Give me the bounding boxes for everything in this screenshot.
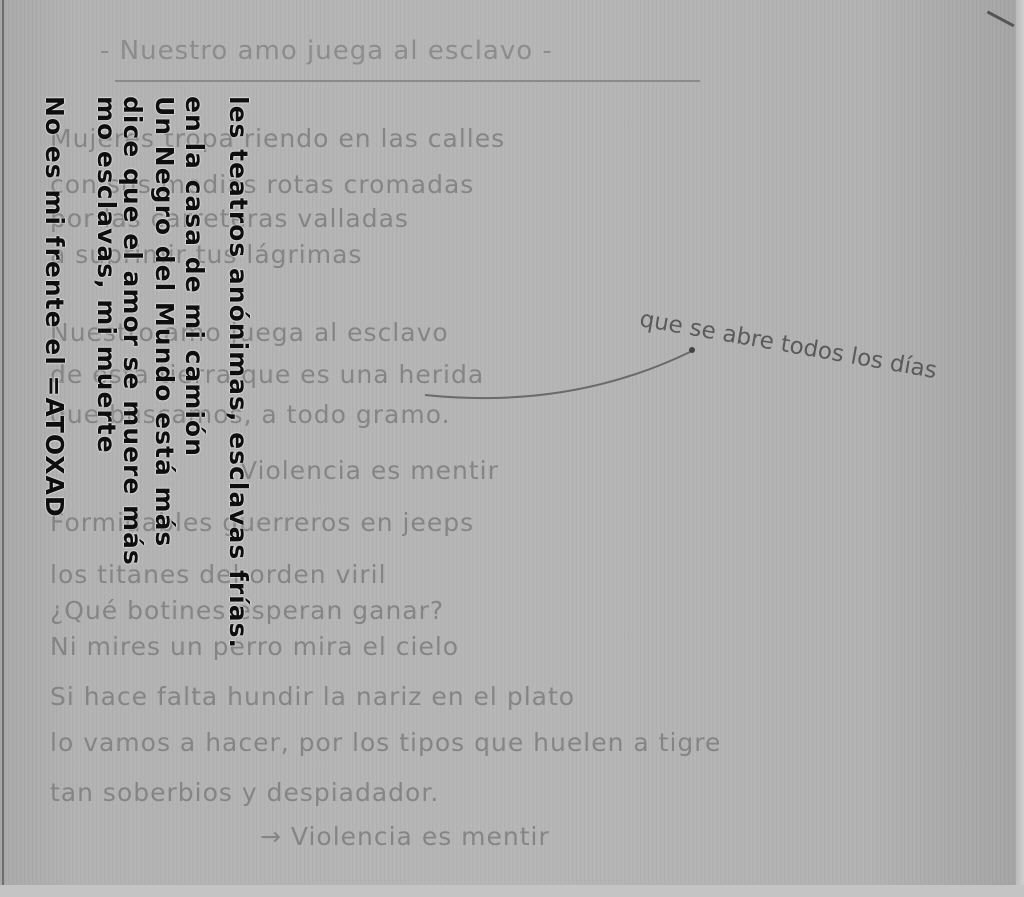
poem-line: tan soberbios y despiadador. xyxy=(50,778,439,807)
poem-title: - Nuestro amo juega al esclavo - xyxy=(100,36,553,66)
overlay-column: en la casa de mi camión xyxy=(180,96,209,457)
document-page: - Nuestro amo juega al esclavo - Mujeres… xyxy=(0,0,1024,897)
overlay-column: les teatros anónimas, esclavas frías. xyxy=(224,96,253,649)
overlay-column: No es mi frente el =ATOXAD xyxy=(40,96,69,518)
overlay-column: mo esclavas, mi muerte xyxy=(92,96,121,454)
page-edge-left xyxy=(2,0,4,897)
corner-fold-mark xyxy=(987,2,1020,28)
overlay-column: dice que el amor se muere más xyxy=(118,96,147,566)
poem-line: Ni mires un perro mira el cielo xyxy=(50,632,459,661)
poem-line: lo vamos a hacer, por los tipos que huel… xyxy=(50,728,721,757)
poem-line: Formidables guerreros en jeeps xyxy=(50,508,474,537)
overlay-column: Un Negro del Mundo está más xyxy=(150,96,179,547)
poem-line: Si hace falta hundir la nariz en el plat… xyxy=(50,682,575,711)
page-edge-right xyxy=(1016,0,1024,897)
annotation-arrow-curve xyxy=(420,340,720,410)
poem-line-refrain: Violencia es mentir xyxy=(240,456,499,485)
poem-line: los titanes del orden viril xyxy=(50,560,387,589)
title-underline xyxy=(115,80,700,82)
poem-line-refrain: → Violencia es mentir xyxy=(260,822,550,851)
